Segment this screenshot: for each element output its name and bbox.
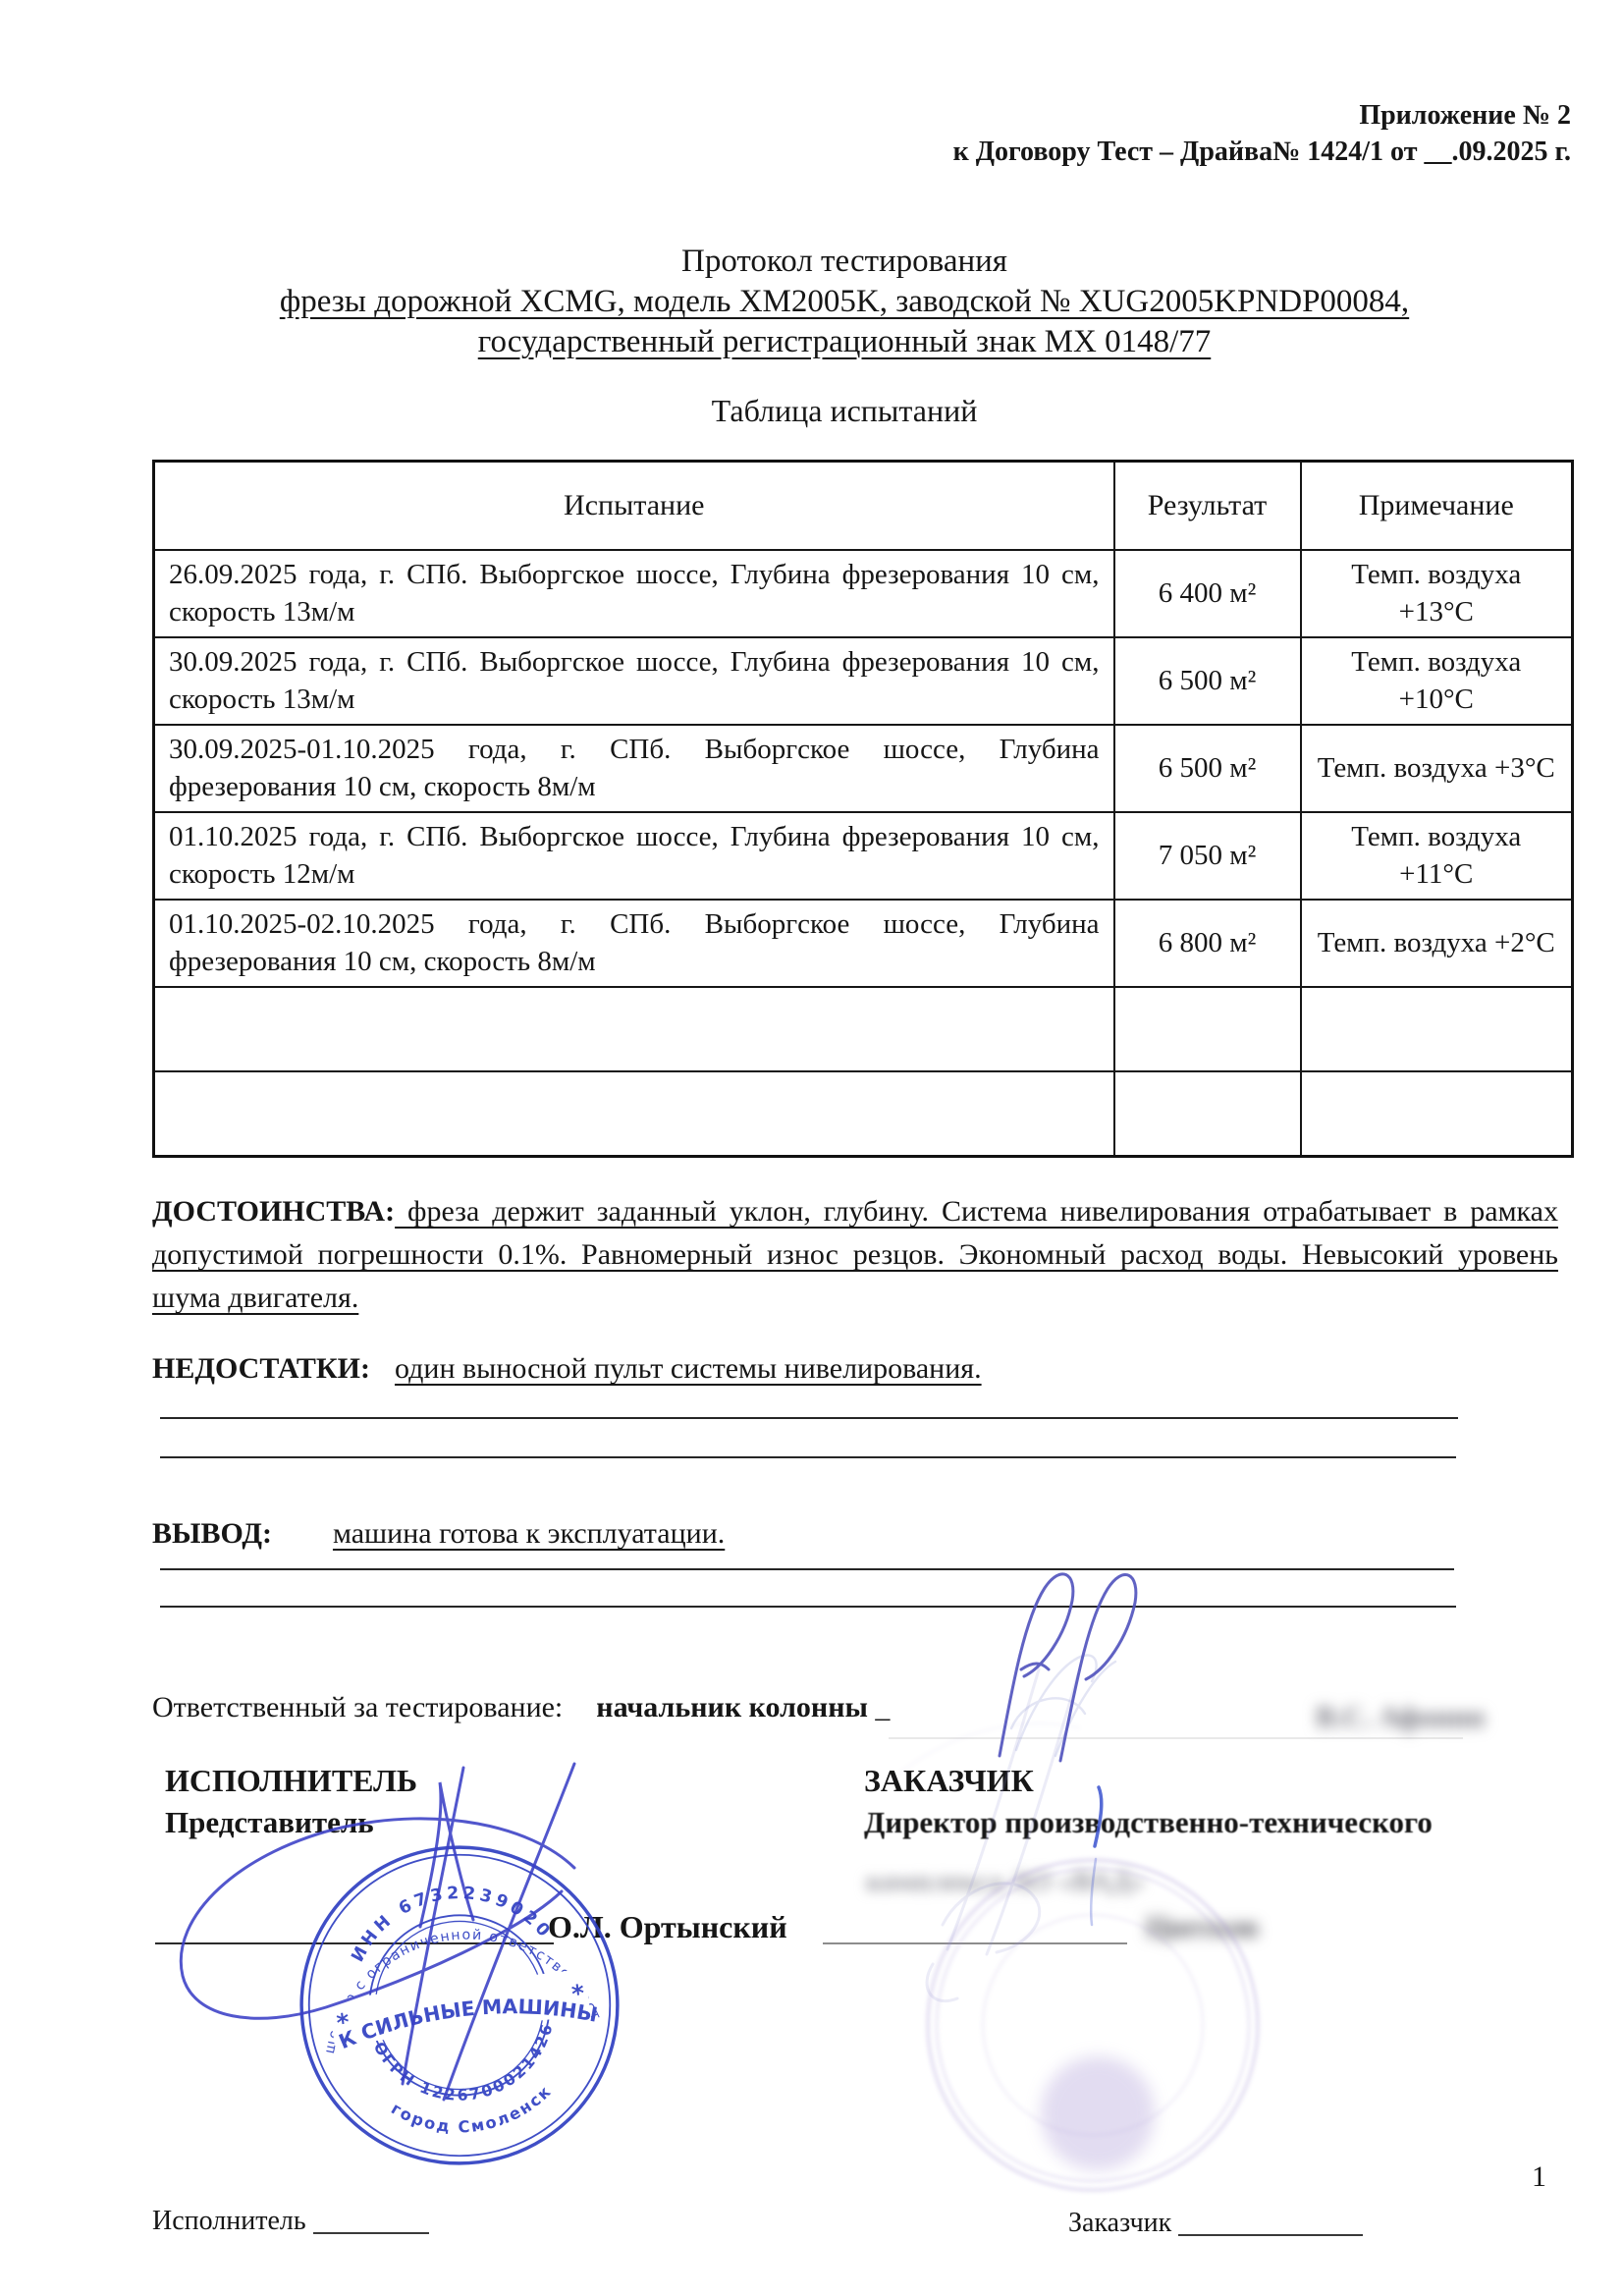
responsible-name-redacted: В.С. Афонин	[1316, 1701, 1485, 1734]
conclusion-section: ВЫВОД:машина готова к эксплуатации.	[152, 1512, 1558, 1556]
empty-cell	[1301, 987, 1573, 1071]
result-cell: 7 050 м²	[1114, 812, 1301, 900]
table-row: 26.09.2025 года, г. СПб. Выборгское шосс…	[154, 550, 1573, 637]
test-cell: 01.10.2025 года, г. СПб. Выборгское шосс…	[154, 812, 1114, 900]
result-cell: 6 800 м²	[1114, 900, 1301, 987]
note-cell: Темп. воздуха +3°С	[1301, 725, 1573, 812]
col-header-note: Примечание	[1301, 462, 1573, 551]
customer-signature-line	[823, 1942, 1127, 1944]
title-line-2: фрезы дорожной XCMG, модель XM2005K, зав…	[88, 282, 1600, 322]
footer-customer: Заказчик	[1068, 2208, 1363, 2239]
customer-heading: ЗАКАЗЧИК	[864, 1763, 1034, 1799]
responsible-title: начальник колонны	[596, 1691, 868, 1723]
document-page: Приложение № 2 к Договору Тест – Драйва№…	[0, 0, 1623, 2296]
table-header-row: Испытание Результат Примечание	[154, 462, 1573, 551]
executor-role: Представитель	[165, 1805, 374, 1840]
customer-role-line1: Директор производственно-технического	[864, 1805, 1492, 1840]
note-cell: Темп. воздуха +10°С	[1301, 637, 1573, 725]
test-cell: 30.09.2025-01.10.2025 года, г. СПб. Выбо…	[154, 725, 1114, 812]
empty-cell	[1114, 1071, 1301, 1156]
empty-cell	[154, 1071, 1114, 1156]
appendix-number: Приложение № 2	[953, 98, 1571, 135]
disadvantages-label: НЕДОСТАТКИ:	[152, 1352, 370, 1385]
responsible-label: Ответственный за тестирование:	[152, 1691, 563, 1723]
responsible-signature-faint	[1011, 1655, 1115, 1756]
table-row: 01.10.2025 года, г. СПб. Выборгское шосс…	[154, 812, 1573, 900]
conclusion-text: машина готова к эксплуатации.	[272, 1517, 725, 1550]
blank-rule	[160, 1417, 1458, 1419]
blank-rule	[160, 1606, 1456, 1608]
col-header-result: Результат	[1114, 462, 1301, 551]
footer-executor-label: Исполнитель	[152, 2206, 306, 2236]
result-cell: 6 500 м²	[1114, 637, 1301, 725]
test-cell: 26.09.2025 года, г. СПб. Выборгское шосс…	[154, 550, 1114, 637]
table-empty-row	[154, 1071, 1573, 1156]
blank-rule	[160, 1568, 1454, 1570]
footer-executor: Исполнитель	[152, 2206, 429, 2237]
table-empty-row	[154, 987, 1573, 1071]
executor-heading: ИСПОЛНИТЕЛЬ	[165, 1763, 417, 1799]
customer-stamp-blur-blob	[1041, 2056, 1155, 2170]
result-cell: 6 500 м²	[1114, 725, 1301, 812]
document-title: Протокол тестирования фрезы дорожной XCM…	[88, 242, 1600, 362]
table-caption: Таблица испытаний	[88, 393, 1600, 429]
advantages-label: ДОСТОИНСТВА:	[152, 1195, 395, 1228]
responsible-signature-line	[889, 1737, 1463, 1739]
note-cell: Темп. воздуха +2°С	[1301, 900, 1573, 987]
result-cell: 6 400 м²	[1114, 550, 1301, 637]
empty-cell	[1301, 1071, 1573, 1156]
test-cell: 30.09.2025 года, г. СПб. Выборгское шосс…	[154, 637, 1114, 725]
table-row: 30.09.2025-01.10.2025 года, г. СПб. Выбо…	[154, 725, 1573, 812]
appendix-header: Приложение № 2 к Договору Тест – Драйва№…	[953, 98, 1571, 171]
test-cell: 01.10.2025-02.10.2025 года, г. СПб. Выбо…	[154, 900, 1114, 987]
note-cell: Темп. воздуха +11°С	[1301, 812, 1573, 900]
footer-customer-label: Заказчик	[1068, 2208, 1171, 2238]
customer-name-redacted: Цветков	[1146, 1911, 1259, 1944]
empty-cell	[1114, 987, 1301, 1071]
title-line-3: государственный регистрационный знак МХ …	[88, 322, 1600, 362]
table-row: 30.09.2025 года, г. СПб. Выборгское шосс…	[154, 637, 1573, 725]
note-cell: Темп. воздуха +13°С	[1301, 550, 1573, 637]
responsible-line: Ответственный за тестирование:начальник …	[152, 1691, 890, 1724]
page-number: 1	[1532, 2160, 1546, 2194]
table-row: 01.10.2025-02.10.2025 года, г. СПб. Выбо…	[154, 900, 1573, 987]
title-line-1: Протокол тестирования	[88, 242, 1600, 282]
advantages-section: ДОСТОИНСТВА: фреза держит заданный уклон…	[152, 1190, 1558, 1320]
underscore-mark: _	[875, 1691, 890, 1723]
footer-customer-blank	[1178, 2234, 1363, 2236]
disadvantages-text: один выносной пульт системы нивелировани…	[370, 1352, 982, 1385]
blank-rule	[160, 1456, 1456, 1458]
customer-role-line2-redacted: комплекса АО «ВАД»	[866, 1866, 1145, 1898]
contract-reference: к Договору Тест – Драйва№ 1424/1 от __.0…	[953, 135, 1571, 171]
executor-company-stamp: Общество с ограниченной ответственностью…	[276, 1822, 643, 2189]
disadvantages-section: НЕДОСТАТКИ:один выносной пульт системы н…	[152, 1347, 1558, 1391]
footer-executor-blank	[313, 2232, 429, 2234]
tests-table: Испытание Результат Примечание 26.09.202…	[152, 460, 1574, 1158]
conclusion-signature	[1000, 1574, 1136, 1761]
empty-cell	[154, 987, 1114, 1071]
conclusion-label: ВЫВОД:	[152, 1517, 272, 1550]
col-header-test: Испытание	[154, 462, 1114, 551]
